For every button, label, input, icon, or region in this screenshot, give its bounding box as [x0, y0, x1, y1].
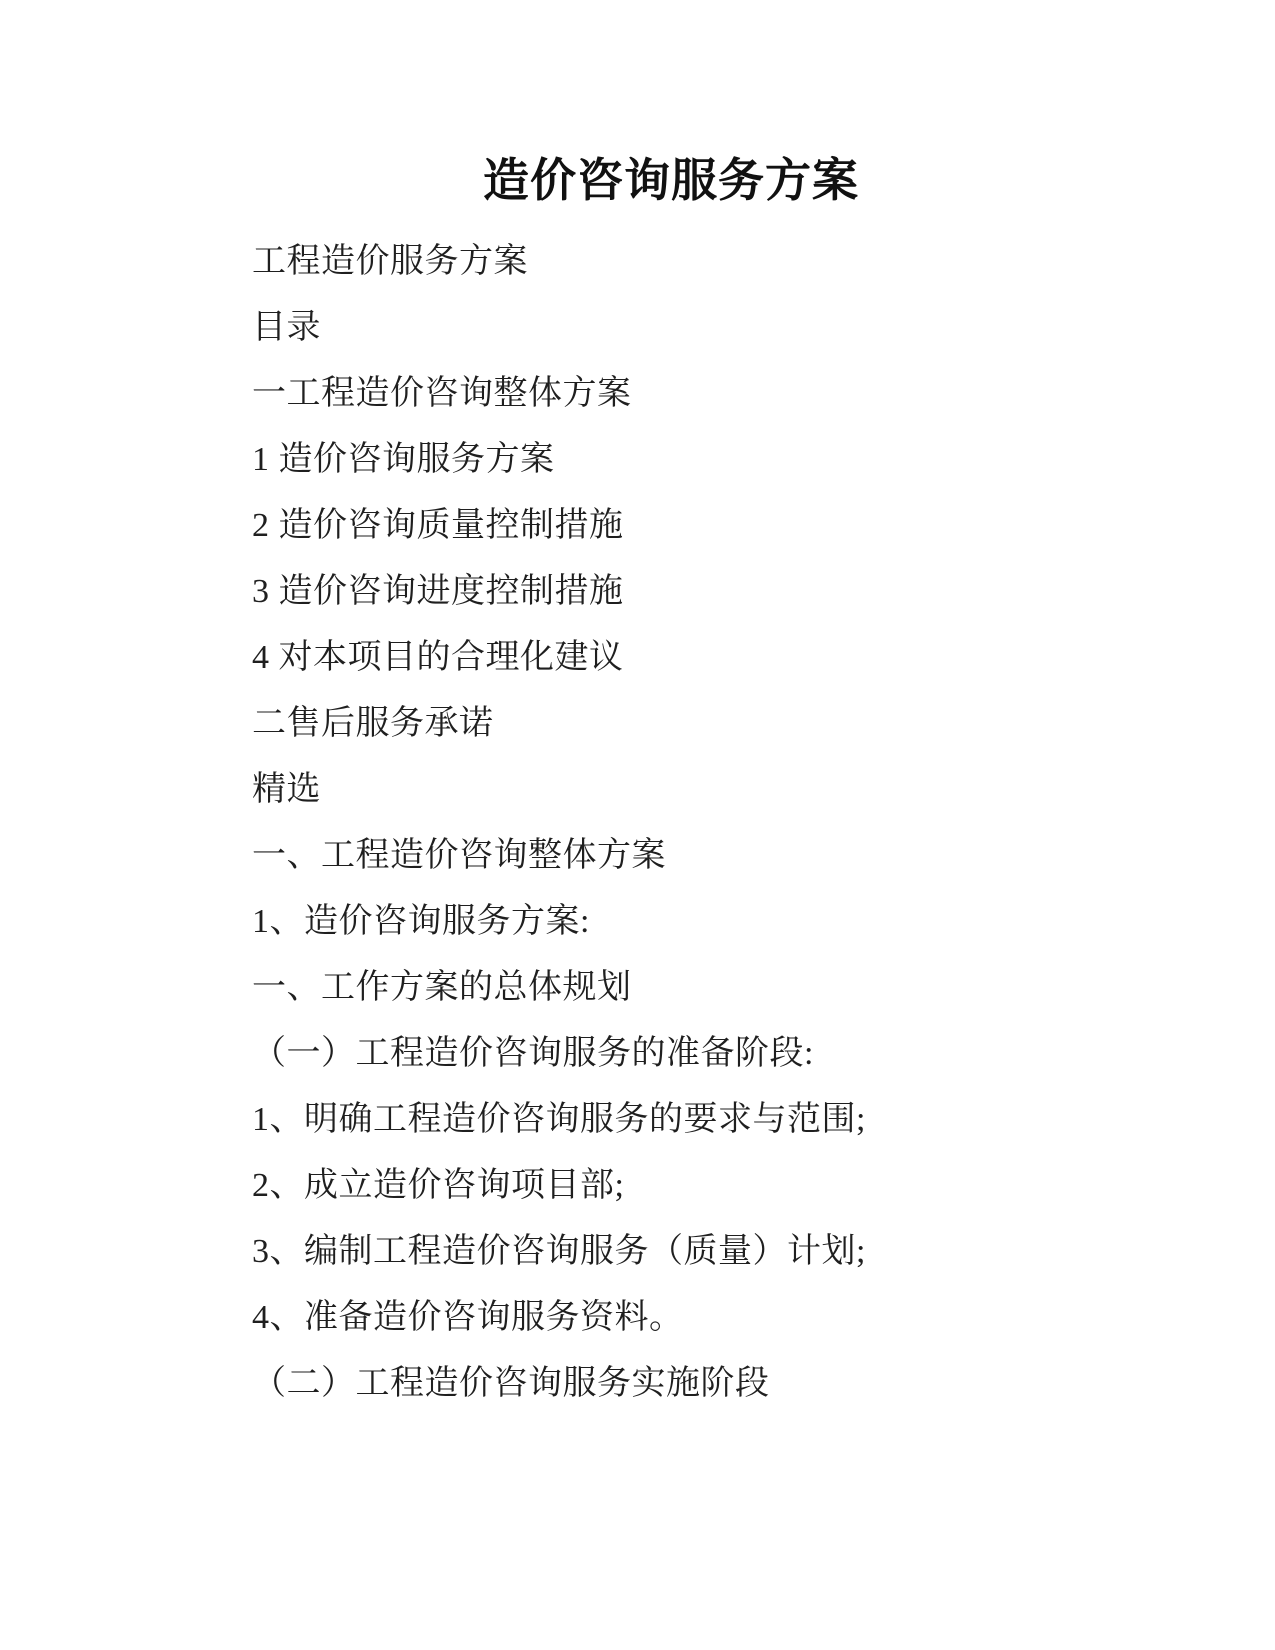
paragraph-line: 3、编制工程造价咨询服务（质量）计划;	[252, 1219, 1090, 1285]
paragraph-line: 2、成立造价咨询项目部;	[252, 1153, 1090, 1219]
paragraph-line: 一、工作方案的总体规划	[252, 955, 1090, 1021]
paragraph-line: 1、造价咨询服务方案:	[252, 889, 1090, 955]
document-body: 工程造价服务方案 目录 一工程造价咨询整体方案 1 造价咨询服务方案 2 造价咨…	[252, 229, 1090, 1417]
paragraph-line: 3 造价咨询进度控制措施	[252, 559, 1090, 625]
paragraph-line: 二售后服务承诺	[252, 691, 1090, 757]
paragraph-line: 1 造价咨询服务方案	[252, 427, 1090, 493]
paragraph-line: 1、明确工程造价咨询服务的要求与范围;	[252, 1087, 1090, 1153]
paragraph-line: （二）工程造价咨询服务实施阶段	[252, 1351, 1090, 1417]
paragraph-line: 一工程造价咨询整体方案	[252, 361, 1090, 427]
paragraph-line: （一）工程造价咨询服务的准备阶段:	[252, 1021, 1090, 1087]
document-content: 造价咨询服务方案 工程造价服务方案 目录 一工程造价咨询整体方案 1 造价咨询服…	[0, 0, 1275, 1417]
paragraph-line: 工程造价服务方案	[252, 229, 1090, 295]
paragraph-line: 精选	[252, 757, 1090, 823]
document-page: 造价咨询服务方案 工程造价服务方案 目录 一工程造价咨询整体方案 1 造价咨询服…	[0, 0, 1275, 1650]
paragraph-line: 4、准备造价咨询服务资料。	[252, 1285, 1090, 1351]
paragraph-line: 2 造价咨询质量控制措施	[252, 493, 1090, 559]
paragraph-line: 4 对本项目的合理化建议	[252, 625, 1090, 691]
paragraph-line: 一、工程造价咨询整体方案	[252, 823, 1090, 889]
document-title: 造价咨询服务方案	[252, 0, 1090, 212]
paragraph-line: 目录	[252, 295, 1090, 361]
